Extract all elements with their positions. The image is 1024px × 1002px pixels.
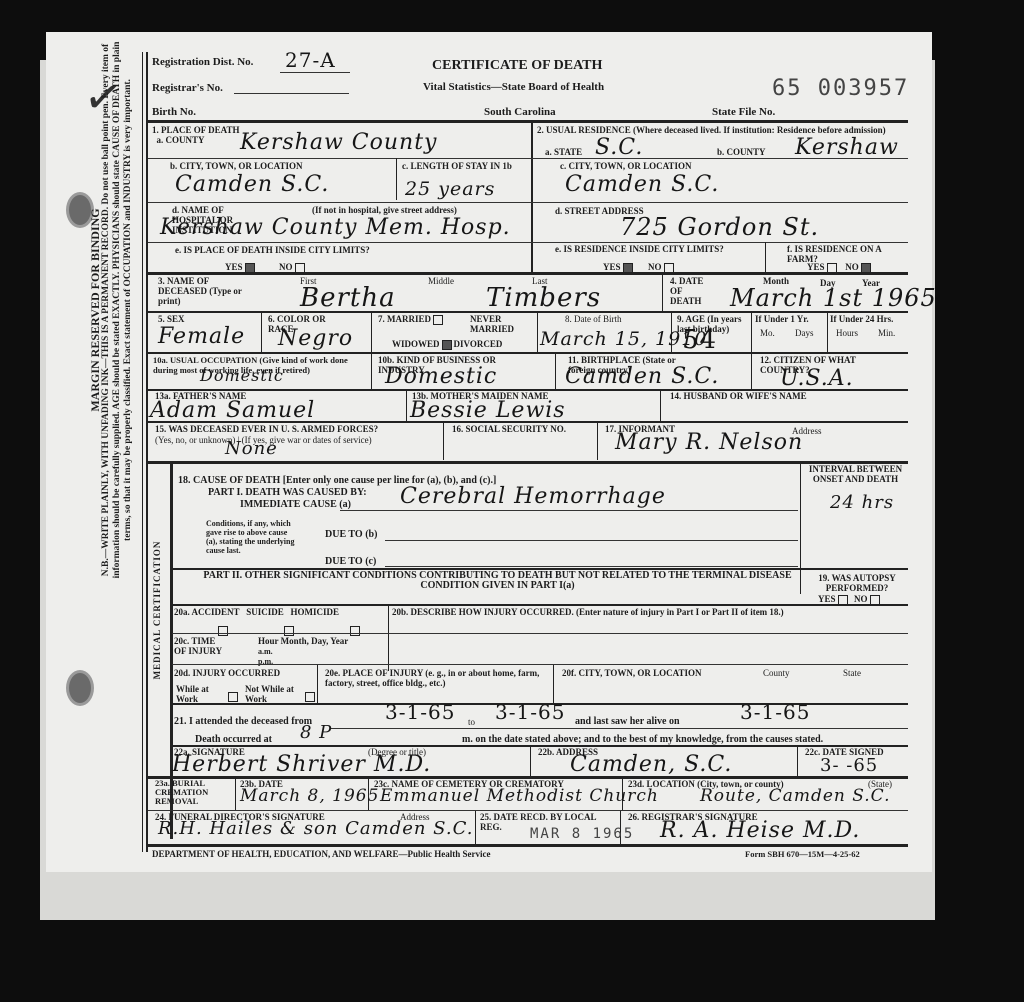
- not-while-at-work-checkbox[interactable]: [305, 692, 315, 702]
- months-label: Mo.: [760, 328, 775, 338]
- widowed-option: WIDOWEDDIVORCED: [392, 339, 502, 350]
- spouse-name-label: 14. HUSBAND OR WIFE'S NAME: [670, 391, 807, 401]
- birthplace-value: Camden S.C.: [565, 364, 719, 389]
- armed-forces-label: 15. WAS DECEASED EVER IN U. S. ARMED FOR…: [155, 424, 378, 434]
- divider: [235, 778, 236, 810]
- not-while-at-work-label: Not While at Work: [245, 684, 300, 704]
- under-24hr-label: If Under 24 Hrs.: [830, 314, 893, 324]
- divider: [443, 422, 444, 460]
- street-address-value: 725 Gordon St.: [620, 213, 819, 241]
- state-file-label: State File No.: [712, 107, 775, 118]
- burial-date-value: March 8, 1965: [240, 786, 379, 806]
- residence-state-value: S.C.: [595, 135, 643, 160]
- length-of-stay-value: 25 years: [405, 178, 495, 200]
- father-name-value: Adam Samuel: [150, 398, 315, 423]
- ssn-label: 16. SOCIAL SECURITY NO.: [452, 424, 566, 434]
- divider: [660, 390, 661, 422]
- underline: [340, 510, 798, 511]
- accident-checkbox[interactable]: [218, 626, 228, 636]
- dob-label: 8. Date of Birth: [565, 314, 622, 324]
- injury-type-label: 20a. ACCIDENT SUICIDE HOMICIDE: [174, 607, 339, 617]
- age-value: 54: [682, 325, 717, 355]
- underline: [330, 728, 908, 729]
- industry-value: Domestic: [385, 364, 497, 389]
- immediate-cause-value: Cerebral Hemorrhage: [400, 484, 666, 509]
- residence-county-value: Kershaw: [795, 135, 899, 160]
- divider: [371, 353, 372, 389]
- funeral-director-signature: R.H. Hailes & son Camden S.C.: [158, 818, 473, 839]
- interval-value: 24 hrs: [830, 492, 894, 513]
- suicide-checkbox[interactable]: [284, 626, 294, 636]
- time-of-injury-columns: Hour Month, Day, Year: [258, 636, 348, 646]
- rule: [172, 604, 908, 606]
- deceased-name-label: 3. NAME OF DECEASED (Type or print): [158, 276, 258, 306]
- divider: [800, 464, 801, 594]
- state-file-stamp: 65 003957: [772, 76, 909, 101]
- length-of-stay-label: c. LENGTH OF STAY IN 1b: [402, 161, 522, 171]
- medical-certification-label: MEDICAL CERTIFICATION: [152, 500, 162, 720]
- registration-dist-label: Registration Dist. No.: [152, 57, 253, 68]
- residence-farm-label: f. IS RESIDENCE ON A FARM?: [787, 244, 905, 264]
- rule: [148, 120, 908, 123]
- due-to-b-label: DUE TO (b): [325, 530, 377, 540]
- part2-label: PART II. OTHER SIGNIFICANT CONDITIONS CO…: [200, 571, 795, 591]
- place-of-injury-label: 20e. PLACE OF INJURY (e. g., in or about…: [325, 668, 550, 688]
- form-left-border-inner: [142, 52, 143, 852]
- last-saw-label: and last saw her alive on: [575, 717, 680, 727]
- divider: [388, 605, 389, 671]
- rule: [148, 311, 908, 313]
- conditions-label: Conditions, if any, which gave rise to a…: [206, 519, 296, 555]
- rule: [148, 461, 908, 464]
- last-saw-value: 3-1-65: [740, 700, 810, 724]
- married-option: 7. MARRIED: [378, 314, 445, 325]
- divider: [406, 390, 407, 422]
- residence-state-label: a. STATE: [545, 147, 582, 157]
- rule: [172, 664, 908, 665]
- birth-no-label: Birth No.: [152, 107, 196, 118]
- date-of-death-value: March 1st 1965: [730, 284, 937, 312]
- physician-address-value: Camden, S.C.: [570, 752, 732, 777]
- rule: [148, 844, 908, 847]
- residence-county-label: b. COUNTY: [717, 147, 766, 157]
- rule: [148, 272, 908, 275]
- injury-city-label: 20f. CITY, TOWN, OR LOCATION: [562, 668, 701, 678]
- form-number: Form SBH 670—15M—4-25-62: [745, 849, 860, 859]
- registrar-signature: R. A. Heise M.D.: [660, 818, 860, 843]
- while-at-work-checkbox[interactable]: [228, 692, 238, 702]
- informant-value: Mary R. Nelson: [615, 430, 803, 455]
- injury-state-label: State: [843, 668, 861, 678]
- rule: [148, 242, 908, 243]
- mother-maiden-name-value: Bessie Lewis: [410, 398, 566, 423]
- days-label: Days: [795, 328, 814, 338]
- cemetery-value: Emmanuel Methodist Church: [380, 786, 659, 806]
- state-name: South Carolina: [484, 107, 556, 118]
- death-city-label: b. CITY, TOWN, OR LOCATION: [170, 161, 302, 171]
- rule: [172, 633, 908, 634]
- residence-city-label: c. CITY, TOWN, OR LOCATION: [560, 161, 691, 171]
- attended-to-label: to: [468, 717, 475, 727]
- form-left-border: [146, 52, 148, 852]
- divider: [317, 665, 318, 703]
- burial-location-value: Route, Camden S.C.: [700, 786, 891, 806]
- divider: [597, 422, 598, 460]
- residence-city-value: Camden S.C.: [565, 172, 719, 197]
- rule: [148, 810, 908, 811]
- time-of-injury-label: 20c. TIME OF INJURY: [174, 636, 224, 656]
- autopsy-label: 19. WAS AUTOPSY PERFORMED?: [808, 573, 906, 593]
- married-checkbox[interactable]: [433, 315, 443, 325]
- divider: [797, 746, 798, 776]
- injury-occurred-label: 20d. INJURY OCCURRED: [174, 668, 280, 678]
- widowed-checkbox[interactable]: [442, 340, 452, 350]
- immediate-cause-label: IMMEDIATE CAUSE (a): [240, 500, 351, 510]
- middle-name-label: Middle: [428, 276, 454, 286]
- homicide-checkbox[interactable]: [350, 626, 360, 636]
- divider: [555, 353, 556, 389]
- divider: [751, 353, 752, 389]
- citizen-value: U.S.A.: [780, 366, 854, 391]
- never-married-label: NEVER MARRIED: [470, 314, 530, 334]
- divider: [475, 811, 476, 844]
- date-of-death-label: 4. DATE OF DEATH: [670, 276, 710, 306]
- rule: [148, 158, 908, 159]
- divider: [765, 242, 766, 272]
- due-to-c-label: DUE TO (c): [325, 557, 376, 567]
- rule: [148, 352, 908, 354]
- armed-forces-value: None: [225, 438, 278, 459]
- color-value: Negro: [278, 326, 353, 351]
- divider: [530, 746, 531, 776]
- rule: [148, 202, 908, 203]
- divider: [261, 312, 262, 352]
- last-name-value: Timbers: [486, 283, 601, 313]
- attended-from-value: 3-1-65: [385, 700, 455, 724]
- underline: [385, 540, 798, 541]
- death-inside-city-label: e. IS PLACE OF DEATH INSIDE CITY LIMITS?: [175, 245, 370, 255]
- sex-label: 5. SEX: [158, 314, 185, 324]
- binding-margin-instructions: MARGIN RESERVED FOR BINDING N.B.—WRITE P…: [90, 40, 134, 580]
- divider: [662, 274, 663, 312]
- divider: [537, 312, 538, 352]
- interval-label: INTERVAL BETWEEN ONSET AND DEATH: [808, 464, 903, 484]
- usual-residence-label: 2. USUAL RESIDENCE (Where deceased lived…: [537, 125, 907, 135]
- date-received-stamp: MAR 8 1965: [530, 826, 634, 842]
- physician-signature: Herbert Shriver M.D.: [172, 752, 431, 777]
- injury-county-label: County: [763, 668, 790, 678]
- death-occurred-at-suffix: m. on the date stated above; and to the …: [462, 735, 823, 745]
- underline: [234, 93, 349, 94]
- certificate-subtitle: Vital Statistics—State Board of Health: [423, 82, 604, 93]
- divider: [827, 312, 828, 352]
- death-city-value: Camden S.C.: [175, 172, 329, 197]
- divider: [531, 122, 533, 272]
- divider: [396, 158, 397, 200]
- hospital-value: Kershaw County Mem. Hosp.: [160, 215, 511, 240]
- hours-label: Hours: [836, 328, 858, 338]
- first-name-value: Bertha: [300, 283, 396, 313]
- registration-dist-value: 27-A: [285, 48, 336, 72]
- under-1yr-label: If Under 1 Yr.: [755, 314, 809, 324]
- attended-label: 21. I attended the deceased from: [174, 717, 312, 727]
- minutes-label: Min.: [878, 328, 895, 338]
- part1-label: PART I. DEATH WAS CAUSED BY:: [208, 488, 367, 498]
- date-signed-value: 3- -65: [820, 755, 878, 776]
- death-county-value: Kershaw County: [240, 130, 437, 155]
- underline: [385, 566, 798, 567]
- describe-injury-label: 20b. DESCRIBE HOW INJURY OCCURRED. (Ente…: [392, 607, 784, 617]
- hospital-note: (If not in hospital, give street address…: [312, 205, 457, 215]
- certificate-title: CERTIFICATE OF DEATH: [432, 58, 602, 74]
- death-occurred-at-label: Death occurred at: [195, 735, 272, 745]
- sex-value: Female: [158, 324, 245, 349]
- death-occurred-at-value: 8 P: [300, 722, 332, 743]
- occupation-value: Domestic: [200, 366, 284, 385]
- residence-inside-city-label: e. IS RESIDENCE INSIDE CITY LIMITS?: [555, 244, 725, 254]
- attended-to-value: 3-1-65: [495, 700, 565, 724]
- underline: [280, 72, 350, 73]
- registrars-no-label: Registrar's No.: [152, 83, 223, 94]
- department-footer: DEPARTMENT OF HEALTH, EDUCATION, AND WEL…: [152, 849, 490, 859]
- while-at-work-label: While at Work: [176, 684, 226, 704]
- divider: [553, 665, 554, 703]
- rule: [148, 421, 908, 423]
- burial-type-label: 23a. BURIAL CREMATION REMOVAL: [155, 779, 230, 806]
- binding-hole-bottom: [66, 670, 94, 706]
- divider: [371, 312, 372, 352]
